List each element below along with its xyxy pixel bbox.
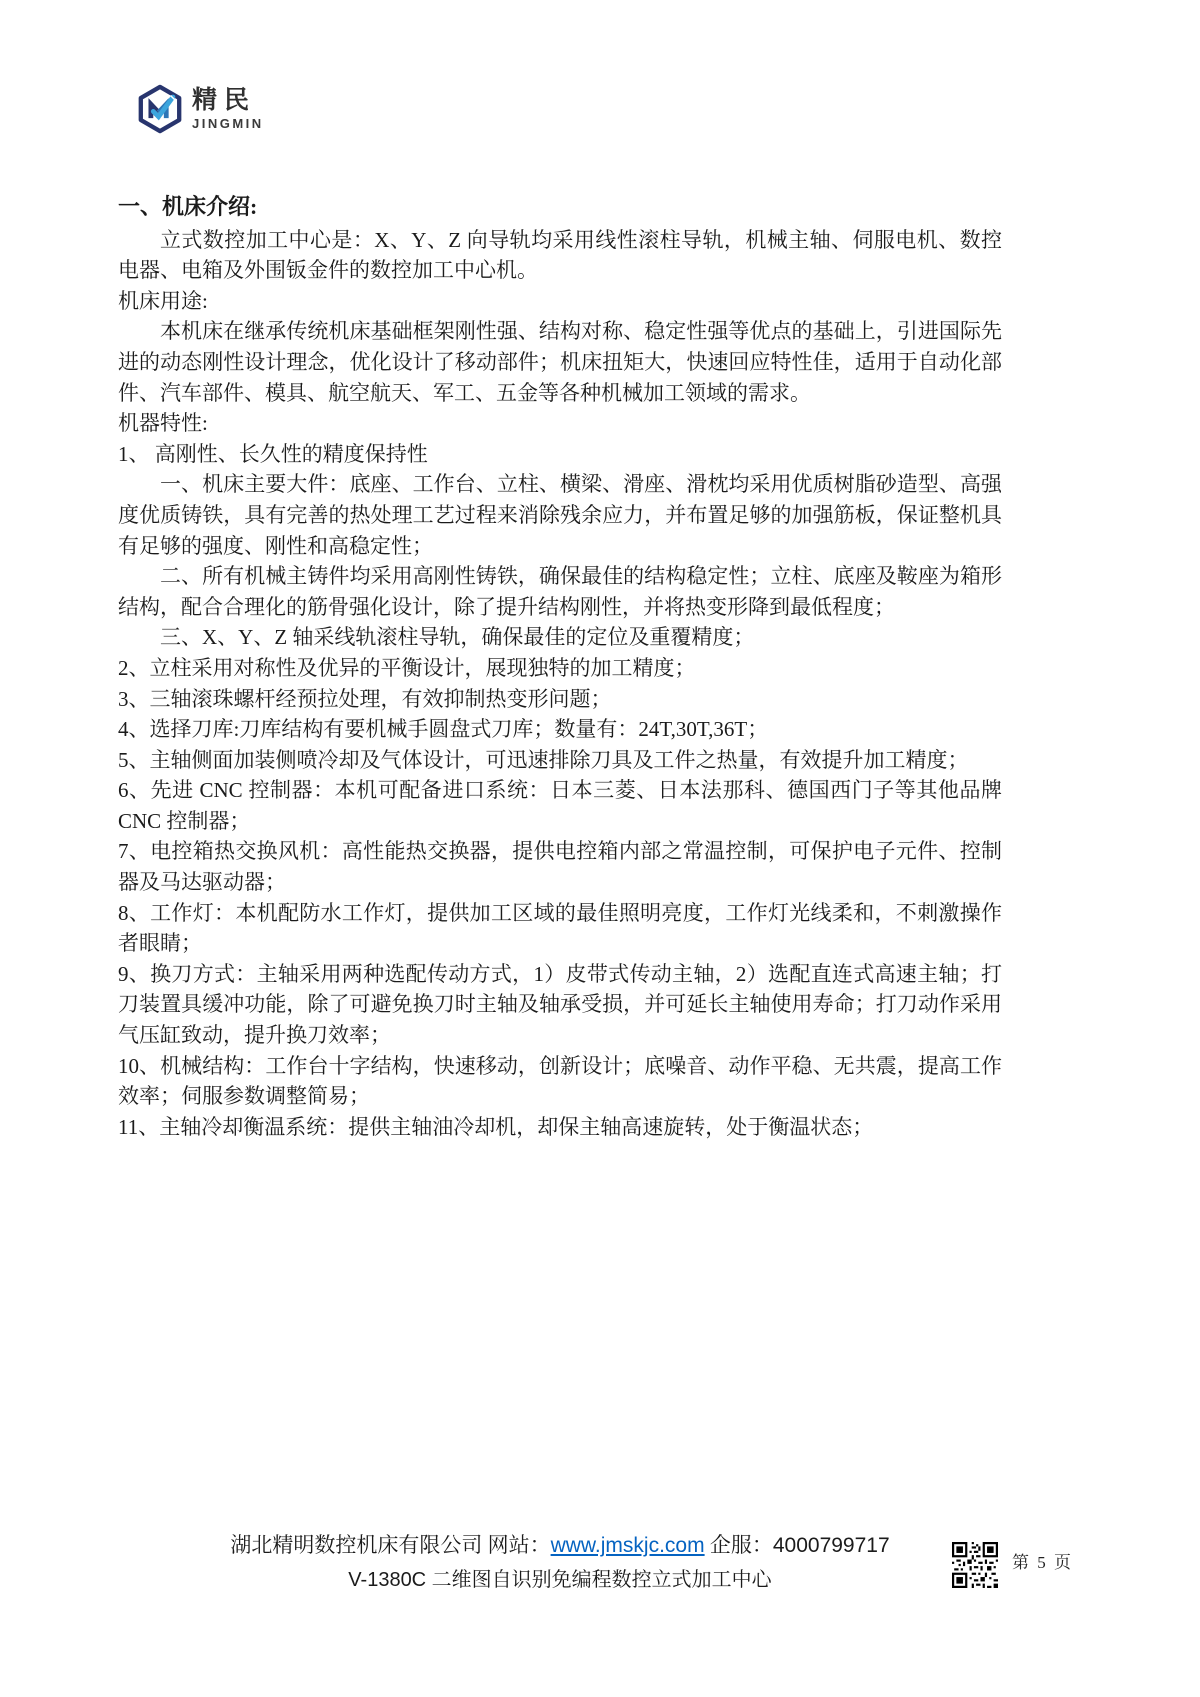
document-page: 精民 JINGMIN 一、机床介绍: 立式数控加工中心是：X、Y、Z 向导轨均采… bbox=[0, 0, 1200, 1697]
logo-hexagon-icon bbox=[136, 84, 184, 134]
body-paragraph: 7、电控箱热交换风机：高性能热交换器，提供电控箱内部之常温控制，可保护电子元件、… bbox=[118, 836, 1002, 897]
footer-service-label: 企服： bbox=[710, 1533, 773, 1557]
body-paragraph: 2、立柱采用对称性及优异的平衡设计，展现独特的加工精度； bbox=[118, 653, 1002, 684]
body-paragraph: 立式数控加工中心是：X、Y、Z 向导轨均采用线性滚柱导轨，机械主轴、伺服电机、数… bbox=[118, 225, 1002, 286]
body-paragraph: 5、主轴侧面加装侧喷冷却及气体设计，可迅速排除刀具及工件之热量，有效提升加工精度… bbox=[118, 745, 1002, 776]
body-paragraph: 10、机械结构：工作台十字结构，快速移动，创新设计；底噪音、动作平稳、无共震，提… bbox=[118, 1051, 1002, 1112]
body-paragraph: 本机床在继承传统机床基础框架刚性强、结构对称、稳定性强等优点的基础上，引进国际先… bbox=[118, 316, 1002, 408]
footer: 湖北精明数控机床有限公司 网站：www.jmskjc.com 企服：400079… bbox=[118, 1528, 1002, 1597]
footer-subtitle: V-1380C 二维图自识别免编程数控立式加工中心 bbox=[118, 1563, 1002, 1597]
body-paragraph: 11、主轴冷却衡温系统：提供主轴油冷却机，却保主轴高速旋转，处于衡温状态； bbox=[118, 1112, 1002, 1143]
body-paragraph: 一、机床主要大件：底座、工作台、立柱、横梁、滑座、滑枕均采用优质树脂砂造型、高强… bbox=[118, 469, 1002, 561]
body-paragraph: 机床用途: bbox=[118, 286, 1002, 317]
logo-text: 精民 JINGMIN bbox=[192, 88, 264, 130]
qr-code-icon bbox=[952, 1542, 998, 1588]
footer-line1: 湖北精明数控机床有限公司 网站：www.jmskjc.com 企服：400079… bbox=[118, 1528, 1002, 1563]
document-body: 一、机床介绍: 立式数控加工中心是：X、Y、Z 向导轨均采用线性滚柱导轨，机械主… bbox=[118, 192, 1002, 1142]
paragraphs: 立式数控加工中心是：X、Y、Z 向导轨均采用线性滚柱导轨，机械主轴、伺服电机、数… bbox=[118, 225, 1002, 1143]
footer-company: 湖北精明数控机床有限公司 bbox=[230, 1533, 482, 1557]
body-paragraph: 6、先进 CNC 控制器：本机可配备进口系统：日本三菱、日本法那科、德国西门子等… bbox=[118, 775, 1002, 836]
body-paragraph: 3、三轴滚珠螺杆经预拉处理，有效抑制热变形问题； bbox=[118, 684, 1002, 715]
body-paragraph: 三、X、Y、Z 轴采线轨滚柱导轨，确保最佳的定位及重覆精度； bbox=[118, 622, 1002, 653]
body-paragraph: 1、 高刚性、长久性的精度保持性 bbox=[118, 439, 1002, 470]
footer-website-link[interactable]: www.jmskjc.com bbox=[551, 1534, 705, 1557]
section-heading: 一、机床介绍: bbox=[118, 192, 1002, 223]
page-number: 第 5 页 bbox=[1012, 1548, 1102, 1573]
body-paragraph: 9、换刀方式：主轴采用两种选配传动方式，1）皮带式传动主轴，2）选配直连式高速主… bbox=[118, 959, 1002, 1051]
body-paragraph: 二、所有机械主铸件均采用高刚性铸铁，确保最佳的结构稳定性；立柱、底座及鞍座为箱形… bbox=[118, 561, 1002, 622]
body-paragraph: 4、选择刀库:刀库结构有要机械手圆盘式刀库；数量有：24T,30T,36T； bbox=[118, 714, 1002, 745]
footer-service-phone: 4000799717 bbox=[773, 1534, 890, 1557]
body-paragraph: 8、工作灯：本机配防水工作灯，提供加工区域的最佳照明亮度，工作灯光线柔和，不刺激… bbox=[118, 898, 1002, 959]
logo-name-cn: 精民 bbox=[192, 88, 264, 113]
company-logo: 精民 JINGMIN bbox=[136, 84, 264, 134]
footer-site-label: 网站： bbox=[488, 1533, 551, 1557]
logo-name-en: JINGMIN bbox=[192, 117, 264, 130]
body-paragraph: 机器特性: bbox=[118, 408, 1002, 439]
